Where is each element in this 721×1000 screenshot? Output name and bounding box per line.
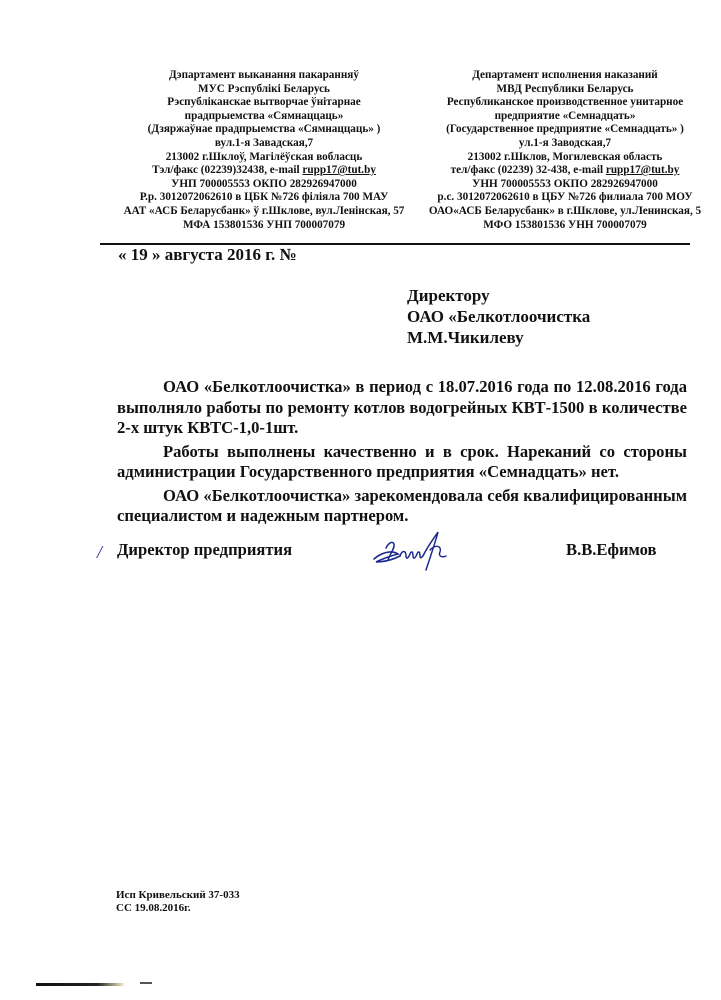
letterhead-line: предприятие «Семнадцать» [412,110,718,124]
letterhead-line: (Дзяржаўнае прадпрыемства «Сямнаццаць» ) [108,123,420,137]
addressee-block: Директору ОАО «Белкотлоочистка М.М.Чикил… [407,285,590,348]
letterhead-line: 213002 г.Шклоў, Магілёўская вобласць [108,151,420,165]
contact-phone: Тэл/факс (02239)32438, e-mail [152,164,302,176]
body-paragraph: Работы выполнены качественно и в срок. Н… [117,442,687,483]
letterhead-russian: Департамент исполнения наказаний МВД Рес… [412,69,718,232]
letterhead-line: Республиканское производственное унитарн… [412,96,718,110]
addressee-name: М.М.Чикилеву [407,327,590,348]
executor-note: Исп Кривельский 37-033 СС 19.08.2016г. [116,889,240,914]
letterhead-line: Р.р. 3012072062610 в ЦБК №726 філіяла 70… [108,191,420,205]
contact-email-link[interactable]: rupp17@tut.by [302,164,376,176]
letterhead-line: прадпрыемства «Сямнаццаць» [108,110,420,124]
letterhead-line: МУС Рэспублікі Беларусь [108,83,420,97]
signer-title: Директор предприятия [117,540,292,560]
addressee-position: Директору [407,285,590,306]
scan-edge-mark [36,983,124,986]
letterhead-line: (Государственное предприятие «Семнадцать… [412,123,718,137]
body-paragraph: ОАО «Белкотлоочистка» в период с 18.07.2… [117,377,687,439]
contact-phone: тел/факс (02239) 32-438, e-mail [451,164,606,176]
letterhead-contact: тел/факс (02239) 32-438, e-mail rupp17@t… [412,164,718,178]
letterhead-line: УНП 700005553 ОКПО 282926947000 [108,178,420,192]
letterhead-line: ОАО«АСБ Беларусбанк» в г.Шклове, ул.Лени… [412,205,718,219]
executor-date: СС 19.08.2016г. [116,902,240,915]
contact-email-link[interactable]: rupp17@tut.by [606,164,680,176]
letterhead-line: Департамент исполнения наказаний [412,69,718,83]
letterhead-line: 213002 г.Шклов, Могилевская область [412,151,718,165]
letterhead-line: вул.1-я Завадская,7 [108,137,420,151]
margin-tick-mark: / [97,542,102,563]
letterhead-line: МВД Республики Беларусь [412,83,718,97]
letterhead-line: р.с. 3012072062610 в ЦБУ №726 филиала 70… [412,191,718,205]
letterhead-contact: Тэл/факс (02239)32438, e-mail rupp17@tut… [108,164,420,178]
document-date: « 19 » августа 2016 г. № [118,245,297,265]
letter-body: ОАО «Белкотлоочистка» в период с 18.07.2… [117,377,687,530]
executor-name-phone: Исп Кривельский 37-033 [116,889,240,902]
letterhead-line: Дэпартамент выканання пакаранняў [108,69,420,83]
handwritten-signature-icon [368,526,458,576]
addressee-company: ОАО «Белкотлоочистка [407,306,590,327]
letterhead-line: ААТ «АСБ Беларусбанк» ў г.Шклове, вул.Ле… [108,205,420,219]
letterhead-line: Рэспубліканскае вытворчае ўнітарнае [108,96,420,110]
letterhead-line: УНН 700005553 ОКПО 282926947000 [412,178,718,192]
signature-block: / Директор предприятия В.В.Ефимов [0,538,721,578]
letterhead-line: ул.1-я Заводская,7 [412,137,718,151]
body-paragraph: ОАО «Белкотлоочистка» зарекомендовала се… [117,486,687,527]
signer-name: В.В.Ефимов [566,540,656,560]
letterhead-line: МФО 153801536 УНН 700007079 [412,219,718,233]
letterhead-line: МФА 153801536 УНП 700007079 [108,219,420,233]
letterhead-belarusian: Дэпартамент выканання пакаранняў МУС Рэс… [108,69,420,232]
scan-edge-dash [140,982,152,984]
